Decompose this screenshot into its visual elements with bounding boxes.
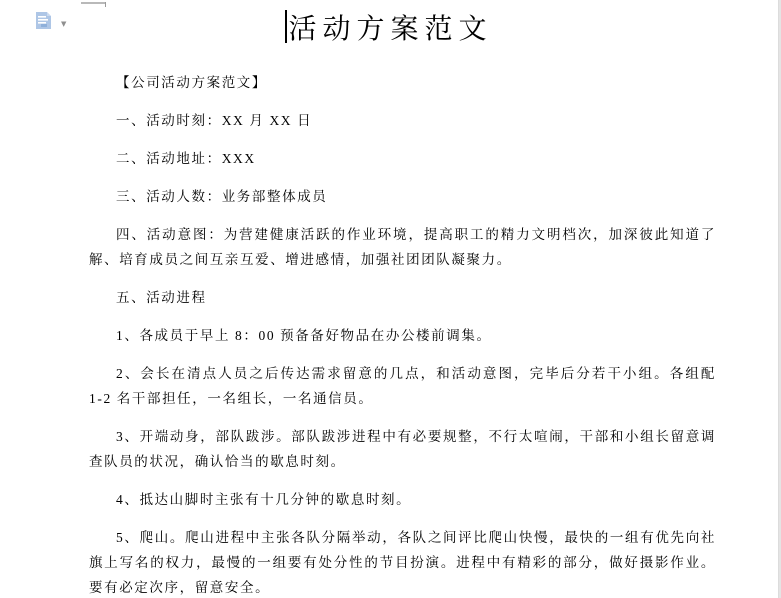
paragraph[interactable]: 3、开端动身，部队跋涉。部队跋涉进程中有必要规整，不行太喧闹，干部和小组长留意调… <box>89 424 716 474</box>
document-page: 活动方案范文 【公司活动方案范文】 一、活动时刻：XX 月 XX 日 二、活动地… <box>0 0 778 598</box>
paragraph[interactable]: 四、活动意图：为营建健康活跃的作业环境，提高职工的精力文明档次，加深彼此知道了解… <box>89 222 716 272</box>
paragraph[interactable]: 5、爬山。爬山进程中主张各队分隔举动，各队之间评比爬山快慢，最快的一组有优先向社… <box>89 525 716 598</box>
paragraph[interactable]: 三、活动人数：业务部整体成员 <box>89 184 716 209</box>
paragraph[interactable]: 【公司活动方案范文】 <box>89 70 716 95</box>
document-title-row: 活动方案范文 <box>0 7 778 47</box>
paragraph[interactable]: 4、抵达山脚时主张有十几分钟的歇息时刻。 <box>89 487 716 512</box>
document-body[interactable]: 【公司活动方案范文】 一、活动时刻：XX 月 XX 日 二、活动地址：XXX 三… <box>89 70 716 598</box>
paragraph[interactable]: 二、活动地址：XXX <box>89 146 716 171</box>
paragraph[interactable]: 五、活动进程 <box>89 285 716 310</box>
paragraph[interactable]: 2、会长在清点人员之后传达需求留意的几点，和活动意图，完毕后分若干小组。各组配 … <box>89 361 716 411</box>
paragraph[interactable]: 一、活动时刻：XX 月 XX 日 <box>89 108 716 133</box>
paragraph[interactable]: 1、各成员于早上 8：00 预备备好物品在办公楼前调集。 <box>89 323 716 348</box>
app-window: ▼ 活动方案范文 【公司活动方案范文】 一、活动时刻：XX 月 XX 日 二、活… <box>0 0 781 598</box>
document-title[interactable]: 活动方案范文 <box>288 14 492 45</box>
